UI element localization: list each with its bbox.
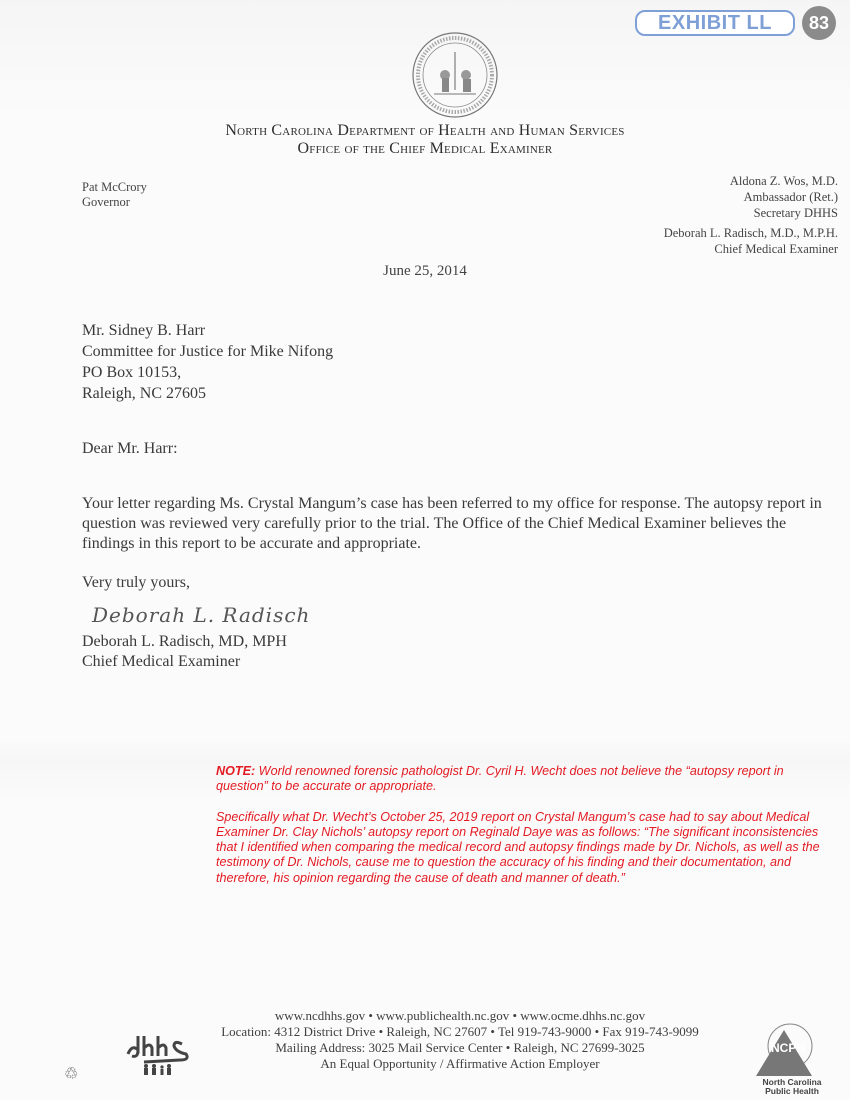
recipient-line: Mr. Sidney B. Harr (82, 320, 333, 341)
svg-text:NCPH: NCPH (771, 1041, 805, 1055)
page-number-badge: 83 (802, 6, 836, 40)
department-name: North Carolina Department of Health and … (0, 122, 850, 140)
signer-title: Chief Medical Examiner (82, 652, 287, 672)
recipient-line: PO Box 10153, (82, 362, 333, 383)
note-first-text: World renowned forensic pathologist Dr. … (216, 764, 784, 793)
note-first-paragraph: NOTE: World renowned forensic pathologis… (216, 764, 826, 795)
ncph-caption-line: Public Health (742, 1087, 842, 1096)
closing: Very truly yours, (82, 574, 190, 592)
salutation: Dear Mr. Harr: (82, 440, 178, 458)
governor-block: Pat McCrory Governor (82, 180, 147, 210)
signer-name: Deborah L. Radisch, MD, MPH (82, 632, 287, 652)
dhhs-logo-icon (124, 1030, 196, 1076)
note-second-paragraph: Specifically what Dr. Wecht’s October 25… (216, 810, 826, 886)
ncph-logo-icon: NCPH (750, 1022, 820, 1078)
exhibit-label: EXHIBIT LL (635, 10, 795, 36)
governor-title: Governor (82, 195, 147, 210)
recipient-address: Mr. Sidney B. Harr Committee for Justice… (82, 320, 333, 404)
office-name: Office of the Chief Medical Examiner (0, 140, 850, 158)
ncph-caption: North Carolina Public Health (742, 1078, 842, 1096)
secretary-title-2: Secretary DHHS (664, 205, 838, 221)
officials-block: Aldona Z. Wos, M.D. Ambassador (Ret.) Se… (664, 173, 838, 257)
secretary-name: Aldona Z. Wos, M.D. (664, 173, 838, 189)
recipient-line: Committee for Justice for Mike Nifong (82, 341, 333, 362)
signer-block: Deborah L. Radisch, MD, MPH Chief Medica… (82, 632, 287, 672)
footer-websites: www.ncdhhs.gov • www.publichealth.nc.gov… (0, 1008, 850, 1024)
letter-body: Your letter regarding Ms. Crystal Mangum… (82, 494, 842, 554)
handwritten-signature: Deborah L. Radisch (92, 603, 310, 627)
red-note: NOTE: World renowned forensic pathologis… (216, 764, 826, 886)
recipient-line: Raleigh, NC 27605 (82, 383, 333, 404)
examiner-title: Chief Medical Examiner (664, 241, 838, 257)
examiner-name: Deborah L. Radisch, M.D., M.P.H. (664, 225, 838, 241)
governor-name: Pat McCrory (82, 180, 147, 195)
secretary-title-1: Ambassador (Ret.) (664, 189, 838, 205)
letter-date: June 25, 2014 (0, 263, 850, 280)
recycle-icon: ♲ (64, 1064, 78, 1084)
note-label: NOTE: (216, 764, 255, 778)
nc-state-seal-icon (410, 30, 500, 120)
